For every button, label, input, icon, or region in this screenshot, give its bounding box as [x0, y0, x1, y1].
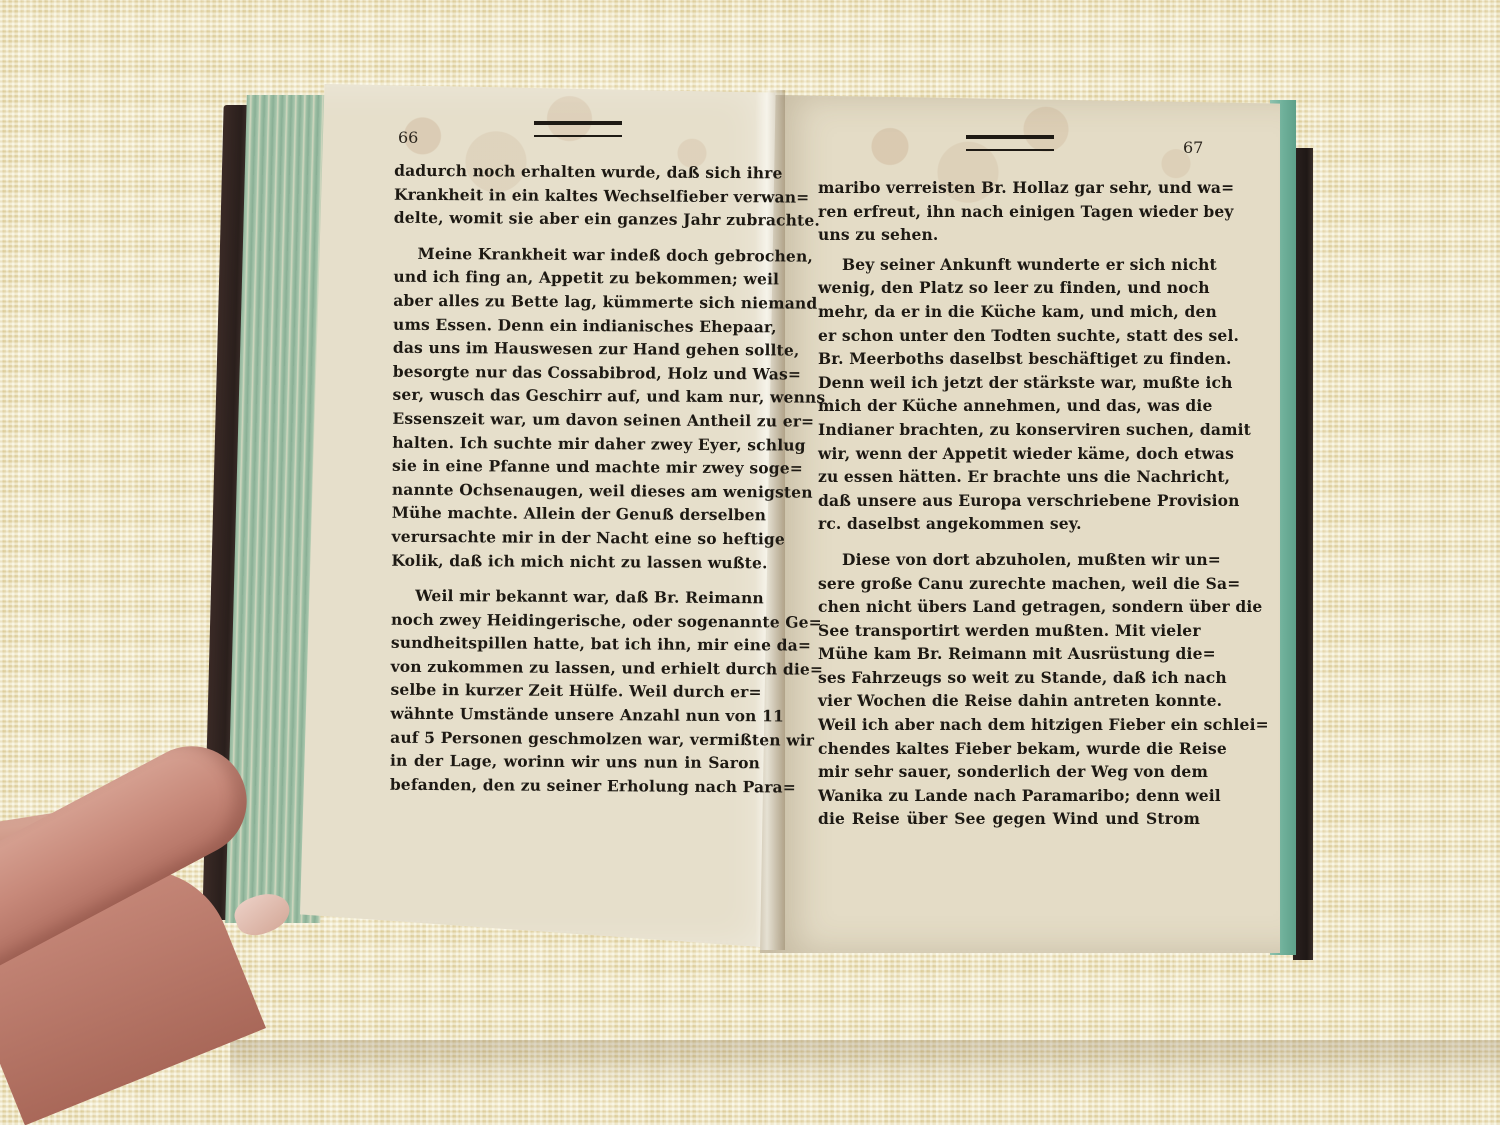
- text-line: selbe in kurzer Zeit Hülfe. Weil durch e…: [390, 678, 760, 704]
- text-line: und ich fing an, Appetit zu bekommen; we…: [393, 265, 763, 291]
- text-line: Bey seiner Ankunft wunderte er sich nich…: [818, 253, 1200, 277]
- text-line: Diese von dort abzuholen, mußten wir un=: [818, 548, 1200, 572]
- text-line: See transportirt werden mußten. Mit viel…: [818, 619, 1200, 643]
- text-line: rc. daselbst angekommen sey.: [818, 512, 1200, 536]
- text-line: besorgte nur das Cossabibrod, Holz und W…: [393, 359, 763, 385]
- text-line: Weil mir bekannt war, daß Br. Reimann: [391, 584, 761, 610]
- text-line: von zukommen zu lassen, und erhielt durc…: [391, 655, 761, 681]
- right-page-number: 67: [1183, 138, 1203, 157]
- text-line: chendes kaltes Fieber bekam, wurde die R…: [818, 737, 1200, 761]
- text-line: Kolik, daß ich mich nicht zu lassen wußt…: [391, 548, 761, 574]
- text-line: daß unsere aus Europa verschriebene Prov…: [818, 489, 1200, 513]
- text-line: ses Fahrzeugs so weit zu Stande, daß ich…: [818, 666, 1200, 690]
- text-line: Weil ich aber nach dem hitzigen Fieber e…: [818, 713, 1200, 737]
- text-line: ren erfreut, ihn nach einigen Tagen wied…: [818, 200, 1200, 224]
- right-page-text: maribo verreisten Br. Hollaz gar sehr, u…: [818, 176, 1200, 831]
- text-line: in der Lage, worinn wir uns nun in Saron: [390, 749, 760, 775]
- text-line: auf 5 Personen geschmolzen war, vermißte…: [390, 725, 760, 751]
- text-line: er schon unter den Todten suchte, statt …: [818, 324, 1200, 348]
- left-page-text: dadurch noch erhalten wurde, daß sich ih…: [390, 159, 764, 799]
- text-line: wähnte Umstände unsere Anzahl nun von 11: [390, 702, 760, 728]
- left-page-number: 66: [398, 128, 418, 147]
- text-line: sere große Canu zurechte machen, weil di…: [818, 572, 1200, 596]
- text-line: wenig, den Platz so leer zu finden, und …: [818, 276, 1200, 300]
- text-line: ums Essen. Denn ein indianisches Ehepaar…: [393, 312, 763, 338]
- text-line: verursachte mir in der Nacht eine so hef…: [392, 525, 762, 551]
- text-line: chen nicht übers Land getragen, sondern …: [818, 595, 1200, 619]
- text-line: Mühe machte. Allein der Genuß derselben: [392, 501, 762, 527]
- text-line: wir, wenn der Appetit wieder käme, doch …: [818, 442, 1200, 466]
- text-line: Br. Meerboths daselbst beschäftiget zu f…: [818, 347, 1200, 371]
- text-line: zu essen hätten. Er brachte uns die Nach…: [818, 465, 1200, 489]
- text-line: halten. Ich suchte mir daher zwey Eyer, …: [392, 430, 762, 456]
- text-line: befanden, den zu seiner Erholung nach Pa…: [390, 773, 760, 799]
- text-line: nannte Ochsenaugen, weil dieses am wenig…: [392, 477, 762, 503]
- text-line: dadurch noch erhalten wurde, daß sich ih…: [394, 159, 764, 185]
- text-line: uns zu sehen.: [818, 223, 1200, 247]
- text-line: sie in eine Pfanne und machte mir zwey s…: [392, 454, 762, 480]
- table-shadow: [230, 1040, 1500, 1090]
- text-line: delte, womit sie aber ein ganzes Jahr zu…: [394, 206, 764, 232]
- text-line: aber alles zu Bette lag, kümmerte sich n…: [393, 289, 763, 315]
- text-line: Essenszeit war, um davon seinen Antheil …: [392, 407, 762, 433]
- text-line: mir sehr sauer, sonderlich der Weg von d…: [818, 760, 1200, 784]
- text-line: maribo verreisten Br. Hollaz gar sehr, u…: [818, 176, 1200, 200]
- text-line: mich der Küche annehmen, und das, was di…: [818, 394, 1200, 418]
- right-header-rule: [966, 135, 1054, 151]
- text-line: vier Wochen die Reise dahin antreten kon…: [818, 689, 1200, 713]
- text-line: das uns im Hauswesen zur Hand gehen soll…: [393, 336, 763, 362]
- text-line: Wanika zu Lande nach Paramaribo; denn we…: [818, 784, 1200, 808]
- text-line: Meine Krankheit war indeß doch gebrochen…: [393, 241, 763, 267]
- text-line: ser, wusch das Geschirr auf, und kam nur…: [392, 383, 762, 409]
- left-header-rule: [534, 121, 622, 137]
- text-line: sundheitspillen hatte, bat ich ihn, mir …: [391, 631, 761, 657]
- text-line: noch zwey Heidingerische, oder sogenannt…: [391, 607, 761, 633]
- text-line: die Reise über See gegen Wind und Strom: [818, 807, 1200, 831]
- text-line: Krankheit in ein kaltes Wechselfieber ve…: [394, 182, 764, 208]
- text-line: Denn weil ich jetzt der stärkste war, mu…: [818, 371, 1200, 395]
- text-line: Indianer brachten, zu konserviren suchen…: [818, 418, 1200, 442]
- text-line: mehr, da er in die Küche kam, und mich, …: [818, 300, 1200, 324]
- text-line: Mühe kam Br. Reimann mit Ausrüstung die=: [818, 642, 1200, 666]
- book-cover-right: [1293, 148, 1313, 960]
